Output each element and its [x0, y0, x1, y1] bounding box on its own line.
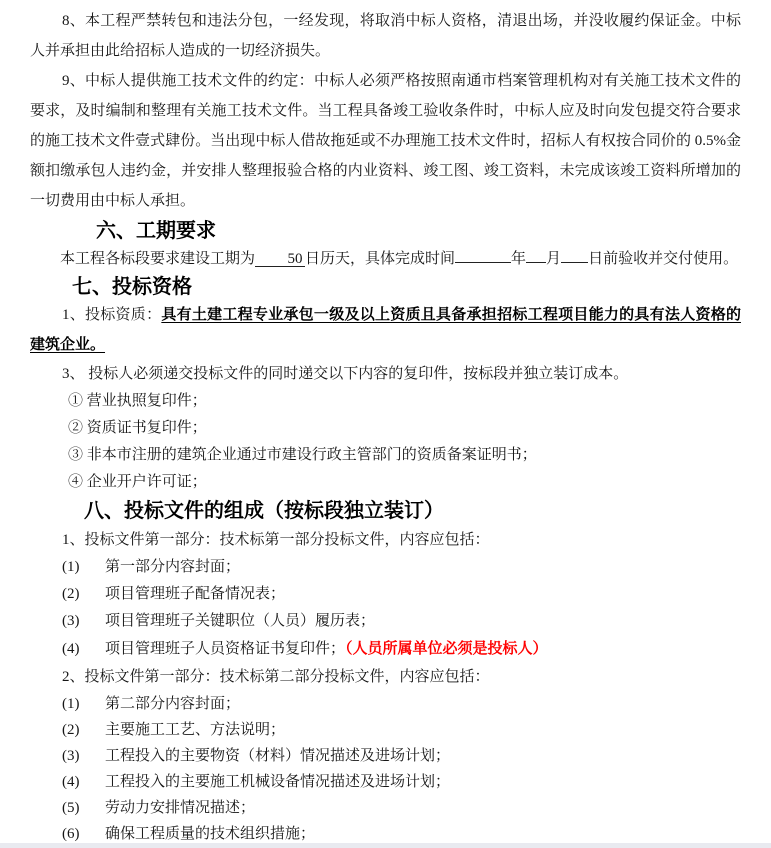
- qualification-item-1-label: 1、投标资质：: [62, 307, 161, 323]
- list-item: (1)第二部分内容封面；: [62, 691, 741, 717]
- list-item: (2)主要施工工艺、方法说明；: [62, 717, 741, 743]
- item-text: 工程投入的主要物资（材料）情况描述及进场计划；: [105, 748, 450, 764]
- list-item: (5)劳动力安排情况描述；: [62, 795, 741, 821]
- part2-intro: 2、投标文件第一部分：技术标第二部分投标文件，内容应包括：: [30, 663, 741, 691]
- qualification-copies-list: ① 营业执照复印件； ② 资质证书复印件； ③ 非本市注册的建筑企业通过市建设行…: [30, 388, 741, 496]
- section-heading-composition: 八、投标文件的组成（按标段独立装订）: [84, 498, 741, 524]
- item-number: (4): [62, 636, 105, 663]
- period-suffix: 日前验收并交付使用。: [588, 251, 738, 267]
- list-item: (3)工程投入的主要物资（材料）情况描述及进场计划；: [62, 743, 741, 769]
- list-item: ③ 非本市注册的建筑企业通过市建设行政主管部门的资质备案证明书；: [68, 442, 741, 469]
- part1-items-list: (1)第一部分内容封面； (2)项目管理班子配备情况表； (3)项目管理班子关键…: [30, 554, 741, 663]
- period-mid: 日历天，具体完成时间: [305, 251, 455, 267]
- document-page: 8、本工程严禁转包和违法分包，一经发现，将取消中标人资格，清退出场，并没收履约保…: [0, 0, 771, 848]
- item-number: (2): [62, 581, 105, 608]
- clause-8-paragraph: 8、本工程严禁转包和违法分包，一经发现，将取消中标人资格，清退出场，并没收履约保…: [30, 6, 741, 66]
- list-item: (4)工程投入的主要施工机械设备情况描述及进场计划；: [62, 769, 741, 795]
- list-item: (2)项目管理班子配备情况表；: [62, 581, 741, 608]
- item-text: 确保工程质量的技术组织措施；: [105, 826, 315, 842]
- part1-intro: 1、投标文件第一部分：技术标第一部分投标文件，内容应包括：: [30, 526, 741, 554]
- item-number: (1): [62, 554, 105, 581]
- section-heading-qualification: 七、投标资格: [72, 274, 741, 300]
- item-text: 主要施工工艺、方法说明；: [105, 722, 285, 738]
- list-item: ① 营业执照复印件；: [68, 388, 741, 415]
- item-number: (3): [62, 608, 105, 635]
- list-item: (3)项目管理班子关键职位（人员）履历表；: [62, 608, 741, 635]
- list-item: ④ 企业开户许可证；: [68, 469, 741, 496]
- item-text: 工程投入的主要施工机械设备情况描述及进场计划；: [105, 774, 450, 790]
- item-number: (5): [62, 795, 105, 821]
- item-text: 项目管理班子关键职位（人员）履历表；: [105, 613, 375, 629]
- item-text: 第一部分内容封面；: [105, 559, 240, 575]
- list-item: (4)项目管理班子人员资格证书复印件；（人员所属单位必须是投标人）: [62, 635, 741, 663]
- period-month-blank: [526, 247, 546, 263]
- period-month-label: 月: [546, 251, 561, 267]
- item-number: (3): [62, 743, 105, 769]
- section-heading-period: 六、工期要求: [96, 218, 741, 244]
- item-number: (4): [62, 769, 105, 795]
- construction-period-line: 本工程各标段要求建设工期为50日历天，具体完成时间年月日前验收并交付使用。: [30, 244, 741, 274]
- red-note: （人员所属单位必须是投标人）: [345, 640, 548, 657]
- period-prefix: 本工程各标段要求建设工期为: [60, 251, 255, 267]
- period-days-blank: 50: [255, 251, 305, 267]
- item-text: 劳动力安排情况描述；: [105, 800, 255, 816]
- item-text: 项目管理班子配备情况表；: [105, 586, 285, 602]
- qualification-item-1: 1、投标资质：具有土建工程专业承包一级及以上资质且具备承担招标工程项目能力的具有…: [30, 300, 741, 360]
- period-year-label: 年: [511, 251, 526, 267]
- item-number: (2): [62, 717, 105, 743]
- clause-9-paragraph: 9、中标人提供施工技术文件的约定：中标人必须严格按照南通市档案管理机构对有关施工…: [30, 66, 741, 216]
- item-text: 第二部分内容封面；: [105, 696, 240, 712]
- qualification-item-3: 3、 投标人必须递交投标文件的同时递交以下内容的复印件，按标段并独立装订成本。: [30, 360, 741, 388]
- period-days-value: 50: [288, 251, 303, 267]
- period-year-blank: [455, 247, 511, 263]
- part2-items-list: (1)第二部分内容封面； (2)主要施工工艺、方法说明； (3)工程投入的主要物…: [30, 691, 741, 847]
- item-text: 项目管理班子人员资格证书复印件；: [105, 641, 345, 657]
- item-number: (1): [62, 691, 105, 717]
- list-item: ② 资质证书复印件；: [68, 415, 741, 442]
- period-day-blank: [561, 247, 588, 263]
- page-bottom-edge: [0, 843, 771, 848]
- list-item: (1)第一部分内容封面；: [62, 554, 741, 581]
